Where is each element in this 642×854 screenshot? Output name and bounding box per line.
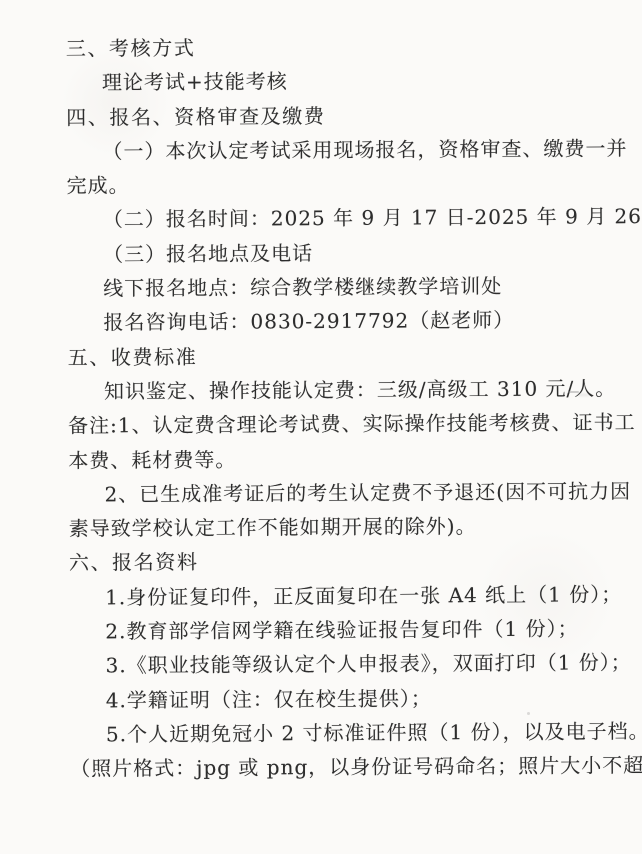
doc-line-material-2-chsi-report: 2.教育部学信网学籍在线验证报告复印件（1 份）； bbox=[69, 611, 593, 648]
doc-line-material-5-photo: 5.个人近期免冠小 2 寸标准证件照（1 份），以及电子档。 bbox=[70, 714, 594, 751]
section-heading-5-fees: 五、收费标准 bbox=[68, 337, 592, 374]
document-text-block: 三、考核方式 理论考试+技能考核 四、报名、资格审查及缴费 （一）本次认定考试采… bbox=[66, 28, 595, 786]
doc-line-photo-format-continuation: （照片格式：jpg 或 png，以身份证号码命名；照片大小不超过 bbox=[70, 749, 594, 786]
doc-line-material-1-id-copy: 1.身份证复印件，正反面复印在一张 A4 纸上（1 份）； bbox=[69, 577, 593, 614]
doc-line-note-1: 备注:1、认定费含理论考试费、实际操作技能考核费、证书工 bbox=[68, 406, 592, 443]
section-heading-6-materials: 六、报名资料 bbox=[69, 543, 593, 580]
doc-line-material-4-enrollment: 4.学籍证明（注：仅在校生提供）； bbox=[70, 680, 594, 717]
scanned-document-page: 三、考核方式 理论考试+技能考核 四、报名、资格审查及缴费 （一）本次认定考试采… bbox=[0, 0, 642, 854]
doc-line-offline-location: 线下报名地点：综合教学楼继续教学培训处 bbox=[67, 268, 591, 305]
doc-line-item-3-location-phone: （三）报名地点及电话 bbox=[67, 234, 591, 271]
doc-line-item-1-continuation: 完成。 bbox=[67, 166, 591, 203]
doc-line-item-1-onsite: （一）本次认定考试采用现场报名，资格审查、缴费一并 bbox=[66, 131, 590, 168]
section-heading-4-registration: 四、报名、资格审查及缴费 bbox=[66, 97, 590, 134]
doc-line-theory-plus-skill: 理论考试+技能考核 bbox=[66, 63, 590, 100]
doc-line-note-2: 2、已生成准考证后的考生认定费不予退还(因不可抗力因 bbox=[68, 474, 592, 511]
doc-line-note-1-continuation: 本费、耗材费等。 bbox=[68, 440, 592, 477]
scan-artifact-dash bbox=[568, 391, 579, 393]
scan-speck bbox=[527, 712, 530, 715]
section-heading-3-assessment-method: 三、考核方式 bbox=[66, 28, 590, 65]
doc-line-material-3-application: 3.《职业技能等级认定个人申报表》，双面打印（1 份）； bbox=[69, 646, 593, 683]
doc-line-item-2-dates: （二）报名时间：2025 年 9 月 17 日-2025 年 9 月 26 日。 bbox=[67, 200, 591, 237]
doc-line-consult-phone: 报名咨询电话：0830-2917792（赵老师） bbox=[67, 303, 591, 340]
doc-line-fee-amount: 知识鉴定、操作技能认定费：三级/高级工 310 元/人。 bbox=[68, 371, 592, 408]
doc-line-note-2-continuation: 素导致学校认定工作不能如期开展的除外)。 bbox=[69, 509, 593, 546]
